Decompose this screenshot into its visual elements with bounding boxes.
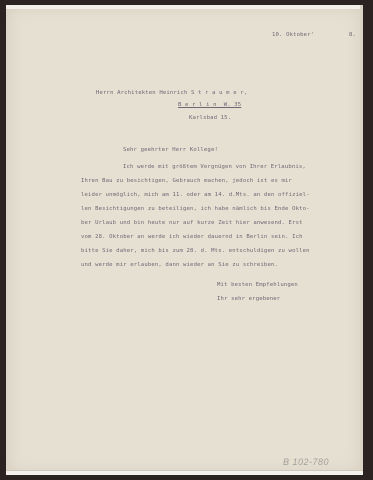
body-line: bitte Sie daher, mich bis zum 28. d. Mts… (81, 249, 310, 255)
scanned-letter-page: 10. Oktober' 8. Herrn Architekten Heinri… (6, 5, 363, 475)
salutation: Sehr geehrter Herr Kollege! (123, 148, 218, 154)
body-line: leider unmöglich, mich am 11. oder am 14… (81, 193, 310, 199)
paper-top-edge (6, 5, 363, 9)
recipient-street: Karlsbad 15. (189, 116, 231, 122)
paper-right-edge (360, 5, 363, 475)
closing: Mit besten Empfehlungen (217, 283, 298, 289)
archive-annotation: B 102-780 (283, 457, 329, 467)
body-line: vom 28. Oktober an werde ich wieder daue… (81, 235, 303, 241)
letter-date: 10. Oktober' (272, 33, 314, 39)
body-line: Ich werde mit größtem Vergnügen von Ihre… (123, 165, 306, 171)
body-line: len Besichtigungen zu beteiligen, ich ha… (81, 207, 310, 213)
body-line: ber Urlaub und bin heute nur auf kurze Z… (81, 221, 303, 227)
body-line: Ihren Bau zu besichtigen, Gebrauch mache… (81, 179, 292, 185)
recipient-city: B e r l i n W. 35 (178, 103, 241, 109)
body-line: und werde mir erlauben, dann wieder an S… (81, 263, 278, 269)
paper-bottom-edge (6, 470, 363, 475)
signature-line: Ihr sehr ergebener (217, 297, 280, 303)
page-marker: 8. (349, 33, 356, 39)
recipient-name: Herrn Architekten Heinrich S t r a u m e… (96, 91, 247, 97)
